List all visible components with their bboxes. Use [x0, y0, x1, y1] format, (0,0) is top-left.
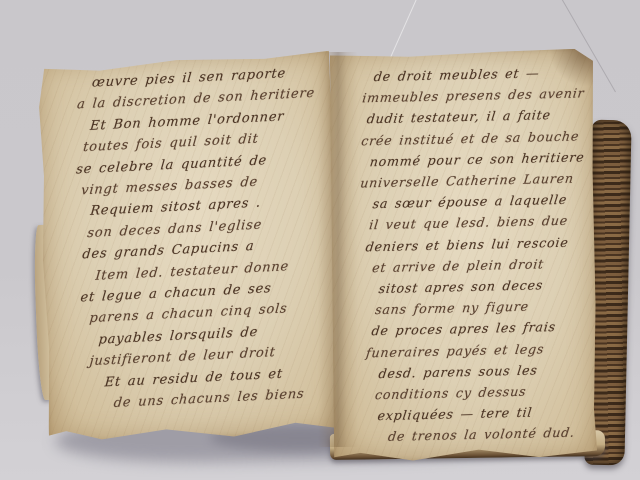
- right-page: de droit meubles et — immeubles presens …: [330, 49, 597, 462]
- manuscript-line: de trenos la volonté dud.: [387, 422, 592, 448]
- left-page: œuvre pies il sen raporte a la discretio…: [35, 51, 343, 444]
- photo-background: œuvre pies il sen raporte a la discretio…: [0, 0, 640, 480]
- left-page-text: œuvre pies il sen raporte a la discretio…: [59, 62, 335, 417]
- right-page-text: de droit meubles et — immeubles presens …: [358, 61, 592, 448]
